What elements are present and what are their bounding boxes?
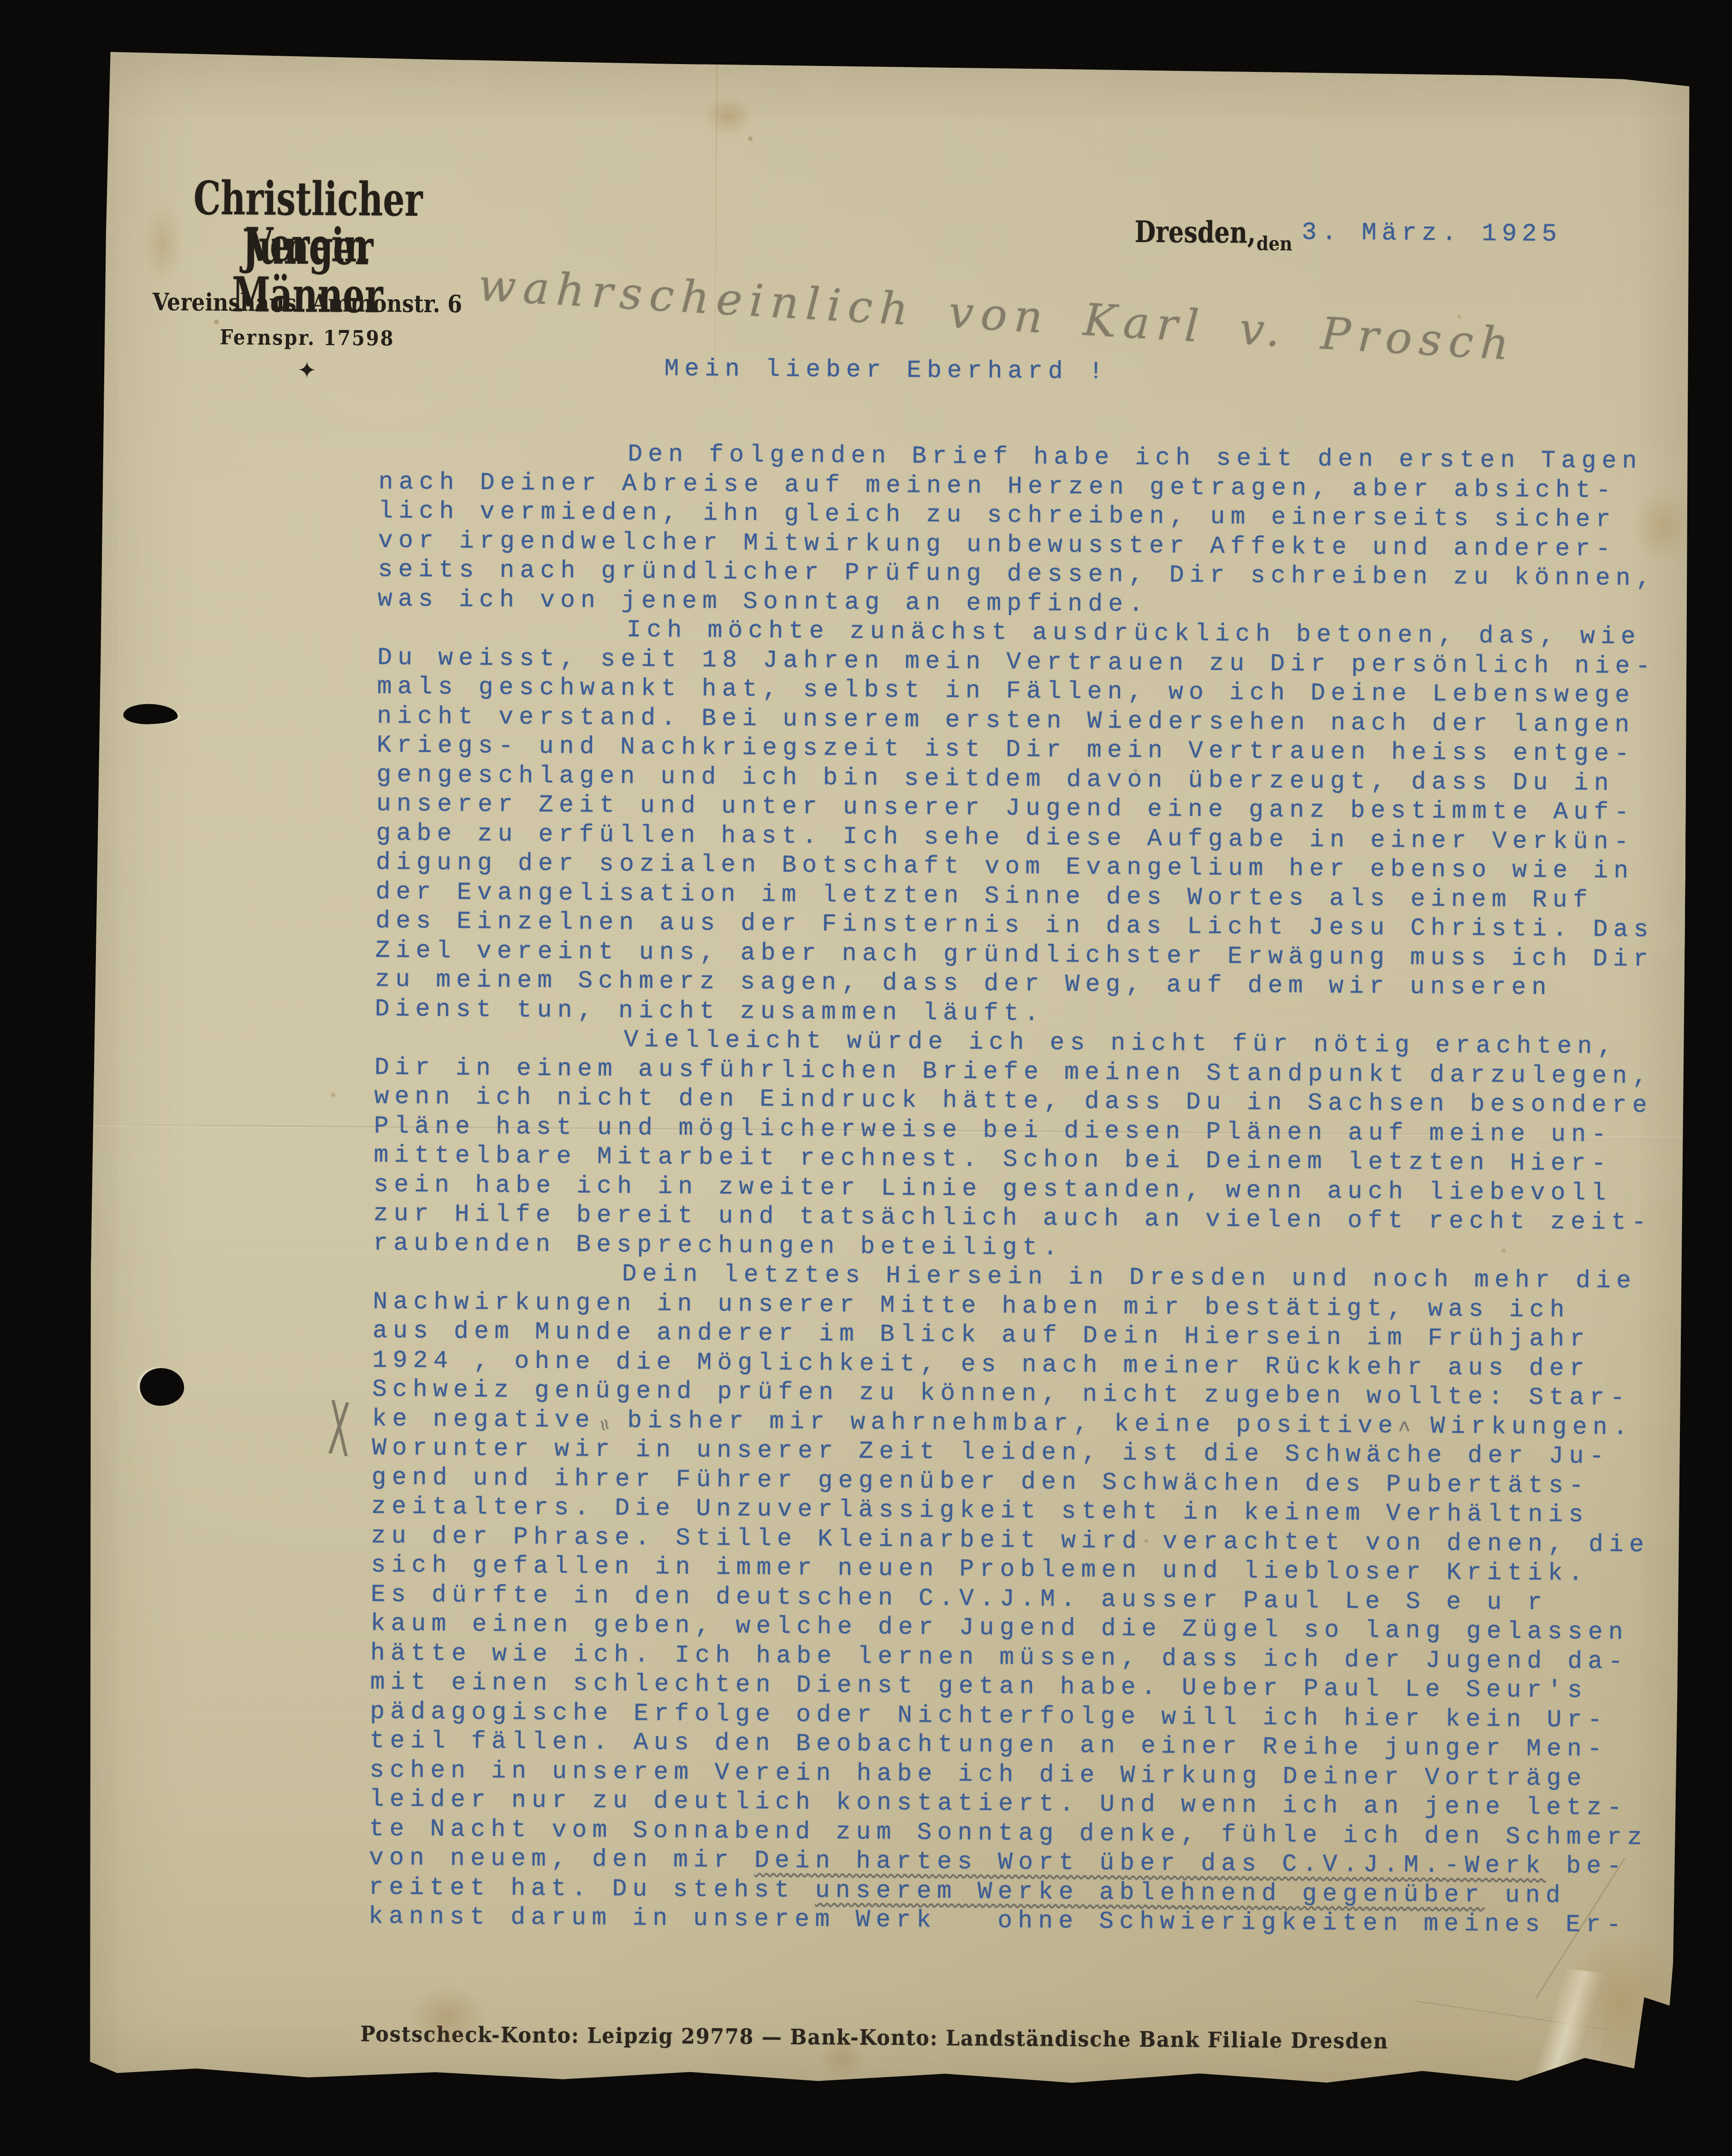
scan-background: { "ink": { "typed_blue": "#3c5d95", "pri… [0,0,1732,2156]
letterhead-phone: Fernspr. 17598 [143,326,471,349]
body-text-segment: be- [1546,1852,1627,1880]
pencil-x-mark: X [327,1391,351,1469]
body-text-segment: ke negative [372,1405,595,1434]
pencil-underlined-phrase: unserem Werke ablehnend gegenüber [815,1876,1485,1908]
stain [703,95,754,137]
stain [819,2038,865,2079]
pencil-insertion-mark: ^ [1398,1414,1411,1446]
body-lines: Den folgenden Brief habe ich seit den er… [368,438,1732,1941]
stain [408,1984,487,2049]
salutation: Mein lieber Eberhard ! [664,355,1109,387]
letter-page: Christlicher Verein Junger Männer Verein… [85,50,1691,2095]
body-text-segment: Wirkungen. [1410,1412,1633,1441]
dateline-den: den [1256,234,1292,254]
dateline-place: Dresden, [1135,218,1256,248]
letterhead-address: Vereinshaus: Ammonstr. 6 [147,290,468,317]
body-text-segment: und [1485,1881,1566,1909]
body-text-segment: von neuem, den mir [369,1844,755,1874]
foxing-specks [99,50,102,53]
punch-hole-bottom [140,1368,184,1406]
stain [1631,489,1692,563]
stain [1561,1932,1682,2071]
footer-bank-line: Postscheck-Konto: Leipzig 29778 — Bank-K… [141,2020,1608,2055]
body-text-segment: reitet hat. Du stehst [368,1873,815,1904]
cross-ornament-icon: ✦ [125,357,489,383]
pencil-underlined-phrase: Dein hartes Wort über das C.V.J.M.-Werk [754,1847,1546,1880]
dateline-typed-date: 3. März. 1925 [1302,220,1562,247]
body-text-segment: bisher mir wahrnehmbar, keine positive [607,1406,1399,1439]
punch-hole-top [123,704,178,724]
letterhead: Christlicher Verein Junger Männer Verein… [126,167,491,170]
